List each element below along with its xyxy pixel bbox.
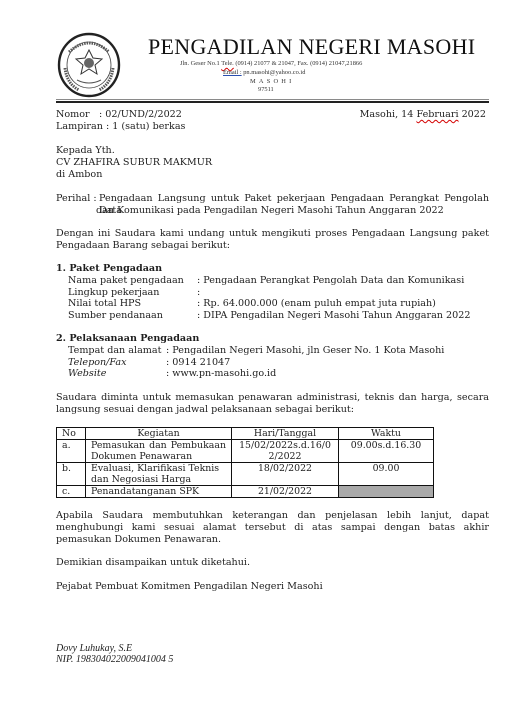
institution-postal-code: 97511 bbox=[258, 86, 274, 93]
cell-waktu-shaded bbox=[339, 486, 434, 498]
tempat-value: : Pengadilan Negeri Masohi, jln Geser No… bbox=[166, 345, 444, 356]
email-label: Email : bbox=[223, 69, 242, 76]
place-date: Masohi, 14 Februari 2022 bbox=[360, 109, 486, 121]
cell-tanggal: 18/02/2022 bbox=[232, 463, 339, 486]
schedule-intro: Saudara diminta untuk memasukan penawara… bbox=[56, 392, 489, 416]
website-label: Website bbox=[68, 368, 166, 380]
cell-no: a. bbox=[57, 440, 86, 463]
cell-waktu: 09.00 bbox=[339, 463, 434, 486]
lampiran-value: : 1 (satu) berkas bbox=[106, 121, 186, 132]
schedule-table: No Kegiatan Hari/Tanggal Waktu a. Pemasu… bbox=[56, 427, 434, 498]
col-waktu: Waktu bbox=[339, 428, 434, 440]
court-seal-icon bbox=[57, 32, 121, 98]
sumber-dana-value: : DIPA Pengadilan Negeri Masohi Tahun An… bbox=[197, 310, 470, 321]
lingkup-value: : bbox=[197, 287, 200, 298]
nomor-line: Nomor: 02/UND/2/2022 bbox=[56, 109, 182, 121]
section-2-heading: 2. Pelaksanaan Pengadaan bbox=[56, 333, 199, 345]
section-1-row: Nama paket pengadaan: Pengadaan Perangka… bbox=[68, 275, 464, 287]
letterhead-rule-thick bbox=[56, 101, 489, 103]
address-prefix: Jln. Geser No.1 bbox=[180, 60, 221, 67]
closing-paragraph: Apabila Saudara membutuhkan keterangan d… bbox=[56, 510, 489, 546]
cell-waktu: 09.00s.d.16.30 bbox=[339, 440, 434, 463]
lampiran-line: Lampiran : 1 (satu) berkas bbox=[56, 121, 185, 133]
nomor-value: : 02/UND/2/2022 bbox=[99, 109, 182, 120]
col-no: No bbox=[57, 428, 86, 440]
cell-kegiatan: Penandatanganan SPK bbox=[86, 486, 232, 498]
section-2-row: Website: www.pn-masohi.go.id bbox=[68, 368, 276, 380]
tempat-label: Tempat dan alamat bbox=[68, 345, 166, 357]
sumber-dana-label: Sumber pendanaan bbox=[68, 310, 197, 322]
signer-title: Pejabat Pembuat Komitmen Pengadilan Nege… bbox=[56, 581, 323, 593]
cell-no: b. bbox=[57, 463, 86, 486]
place-date-prefix: Masohi, 14 bbox=[360, 109, 417, 120]
section-2-row: Tempat dan alamat: Pengadilan Negeri Mas… bbox=[68, 345, 444, 357]
email-value: pn.masohi@yahoo.co.id bbox=[242, 69, 306, 76]
cell-kegiatan: Pemasukan dan Pembukaan Dokumen Penawara… bbox=[86, 440, 232, 463]
nama-paket-label: Nama paket pengadaan bbox=[68, 275, 197, 287]
perihal-label: Perihal : bbox=[56, 193, 97, 205]
address-tele: Tele. bbox=[221, 60, 234, 67]
table-row: c. Penandatanganan SPK 21/02/2022 bbox=[57, 486, 434, 498]
address-phone-fax: (0914) 21077 & 21047, Fax. (0914) 21047,… bbox=[234, 60, 363, 67]
institution-email: Email : pn.masohi@yahoo.co.id bbox=[223, 69, 305, 76]
institution-city: MASOHI bbox=[250, 78, 294, 85]
hps-label: Nilai total HPS bbox=[68, 298, 197, 310]
recipient-city: di Ambon bbox=[56, 169, 102, 181]
institution-title: PENGADILAN NEGERI MASOHI bbox=[148, 34, 475, 60]
signer-nip: NIP. 198304022009041004 5 bbox=[56, 654, 173, 666]
nama-paket-value: : Pengadaan Perangkat Pengolah Data dan … bbox=[197, 275, 464, 286]
nomor-label: Nomor bbox=[56, 109, 99, 121]
closing-remark: Demikian disampaikan untuk diketahui. bbox=[56, 557, 250, 569]
table-row: b. Evaluasi, Klarifikasi Teknis dan Nego… bbox=[57, 463, 434, 486]
section-1-row: Nilai total HPS: Rp. 64.000.000 (enam pu… bbox=[68, 298, 436, 310]
cell-kegiatan: Evaluasi, Klarifikasi Teknis dan Negosia… bbox=[86, 463, 232, 486]
letterhead-rule-thin bbox=[56, 99, 489, 100]
institution-address: Jln. Geser No.1 Tele. (0914) 21077 & 210… bbox=[180, 60, 362, 67]
section-1-row: Sumber pendanaan: DIPA Pengadilan Negeri… bbox=[68, 310, 470, 322]
table-row: a. Pemasukan dan Pembukaan Dokumen Penaw… bbox=[57, 440, 434, 463]
place-date-year: 2022 bbox=[459, 109, 486, 120]
recipient-company: CV ZHAFIRA SUBUR MAKMUR bbox=[56, 157, 212, 169]
place-date-month: Februari bbox=[416, 109, 458, 120]
table-header-row: No Kegiatan Hari/Tanggal Waktu bbox=[57, 428, 434, 440]
cell-no: c. bbox=[57, 486, 86, 498]
cell-tanggal: 15/02/2022s.d.16/02/2022 bbox=[232, 440, 339, 463]
recipient-salutation: Kepada Yth. bbox=[56, 145, 115, 157]
cell-tanggal: 21/02/2022 bbox=[232, 486, 339, 498]
website-value[interactable]: : www.pn-masohi.go.id bbox=[166, 368, 276, 379]
intro-paragraph: Dengan ini Saudara kami undang untuk men… bbox=[56, 228, 489, 252]
col-kegiatan: Kegiatan bbox=[86, 428, 232, 440]
hps-value: : Rp. 64.000.000 (enam puluh empat juta … bbox=[197, 298, 436, 309]
letter-page: PENGADILAN NEGERI MASOHI Jln. Geser No.1… bbox=[0, 0, 528, 712]
section-1-heading: 1. Paket Pengadaan bbox=[56, 263, 162, 275]
lampiran-label: Lampiran bbox=[56, 121, 103, 132]
col-tanggal: Hari/Tanggal bbox=[232, 428, 339, 440]
perihal-line-2: dan Komunikasi pada Pengadilan Negeri Ma… bbox=[96, 205, 444, 217]
telepon-value: : 0914 21047 bbox=[166, 357, 230, 368]
